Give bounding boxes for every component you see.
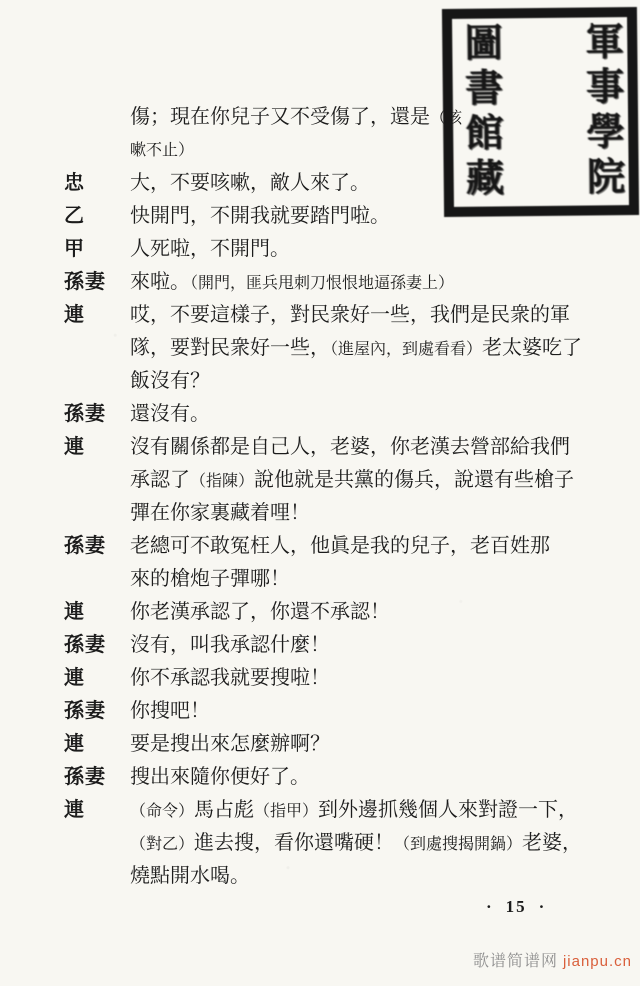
stage-direction: （對乙） (130, 836, 194, 853)
script-line: 連你老漢承認了，你還不承認！ (64, 596, 609, 629)
script-line: 連要是搜出來怎麼辦啊？ (64, 728, 609, 761)
dialogue-text: 還沒有。 (130, 398, 609, 431)
dialogue-text: （命令）馬占彪（指甲）到外邊抓幾個人來對證一下， (130, 794, 609, 828)
speaker-label: 連 (64, 794, 130, 827)
speaker-label: 忠 (64, 167, 130, 200)
speaker-label: 連 (64, 728, 130, 761)
watermark-site-name: 歌谱简谱网 (473, 953, 558, 970)
script-line: 彈在你家裏藏着哩！ (64, 497, 609, 530)
dialogue-text: 你老漢承認了，你還不承認！ (130, 596, 609, 629)
speaker-label: 甲 (64, 233, 130, 266)
script-line: 孫妻搜出來隨你便好了。 (64, 761, 609, 794)
speaker-label: 孫妻 (64, 266, 130, 299)
stage-direction: （命令） (130, 803, 194, 820)
dialogue-text: 彈在你家裏藏着哩！ (130, 497, 609, 530)
dialogue-text: 承認了（指陳）說他就是共黨的傷兵，說還有些槍子 (130, 464, 609, 498)
scanned-page: 圖書館藏 軍事學院 傷；現在你兒子又不受傷了，還是（咳嗽不止）忠大，不要咳嗽，敵… (0, 0, 640, 986)
speaker-label: 孫妻 (64, 629, 130, 662)
script-line: 承認了（指陳）說他就是共黨的傷兵，說還有些槍子 (64, 464, 609, 497)
speaker-label: 乙 (64, 200, 130, 233)
stage-direction: （到處搜揭開鍋） (394, 836, 522, 853)
speaker-label: 連 (64, 596, 130, 629)
speaker-label: 連 (64, 662, 130, 695)
dialogue-text: （對乙）進去搜，看你還嘴硬！（到處搜揭開鍋）老婆， (130, 827, 609, 861)
script-line: 連（命令）馬占彪（指甲）到外邊抓幾個人來對證一下， (64, 794, 609, 827)
script-line: 來的槍炮子彈哪！ (64, 563, 609, 596)
script-line: 孫妻沒有，叫我承認什麼！ (64, 629, 609, 662)
speaker-label: 孫妻 (64, 398, 130, 431)
dialogue-text: 要是搜出來怎麼辦啊？ (130, 728, 609, 761)
dialogue-text: 飯沒有？ (130, 365, 609, 398)
stage-direction: （指甲） (254, 803, 318, 820)
speaker-label: 連 (64, 431, 130, 464)
script-line: 孫妻來啦。（開門，匪兵甩刺刀恨恨地逼孫妻上） (64, 266, 609, 299)
dialogue-text: 你搜吧！ (130, 695, 609, 728)
dialogue-text: 哎，不要這樣子，對民衆好一些，我們是民衆的軍 (130, 299, 609, 332)
speaker-label: 孫妻 (64, 761, 130, 794)
dialogue-text: 你不承認我就要搜啦！ (130, 662, 609, 695)
script-line: 燒點開水喝。 (64, 860, 609, 893)
stage-direction: （指陳） (190, 473, 254, 490)
script-line: 連你不承認我就要搜啦！ (64, 662, 609, 695)
script-line: 飯沒有？ (64, 365, 609, 398)
stamp-right-column: 軍事學院 (581, 21, 621, 201)
stamp-left-column: 圖書館藏 (460, 22, 500, 202)
page-number-dot-left: · (486, 897, 494, 917)
watermark: 歌谱简谱网 jianpu.cn (473, 948, 632, 971)
script-line: 連哎，不要這樣子，對民衆好一些，我們是民衆的軍 (64, 299, 609, 332)
script-line: 孫妻你搜吧！ (64, 695, 609, 728)
speaker-label: 孫妻 (64, 695, 130, 728)
speaker-label: 連 (64, 299, 130, 332)
dialogue-text: 隊，要對民衆好一些，（進屋內，到處看看）老太婆吃了 (130, 332, 609, 366)
stage-direction: （開門，匪兵甩刺刀恨恨地逼孫妻上） (190, 275, 454, 292)
script-line: 隊，要對民衆好一些，（進屋內，到處看看）老太婆吃了 (64, 332, 609, 365)
dialogue-text: 搜出來隨你便好了。 (130, 761, 609, 794)
page-number: · 15 · (486, 897, 546, 917)
page-number-value: 15 (506, 897, 527, 917)
dialogue-text: 沒有關係都是自己人，老婆，你老漢去營部給我們 (130, 431, 609, 464)
script-line: 孫妻還沒有。 (64, 398, 609, 431)
dialogue-text: 來啦。（開門，匪兵甩刺刀恨恨地逼孫妻上） (130, 266, 609, 300)
script-line: （對乙）進去搜，看你還嘴硬！（到處搜揭開鍋）老婆， (64, 827, 609, 860)
watermark-site-url: jianpu.cn (563, 953, 632, 970)
script-line: 甲人死啦，不開門。 (64, 233, 609, 266)
page-number-dot-right: · (539, 897, 547, 917)
library-stamp: 圖書館藏 軍事學院 (442, 7, 639, 217)
dialogue-text: 老總可不敢冤枉人，他眞是我的兒子，老百姓那 (130, 530, 609, 563)
script-line: 孫妻老總可不敢冤枉人，他眞是我的兒子，老百姓那 (64, 530, 609, 563)
speaker-label: 孫妻 (64, 530, 130, 563)
stage-direction: （進屋內，到處看看） (330, 341, 482, 358)
dialogue-text: 來的槍炮子彈哪！ (130, 563, 609, 596)
dialogue-text: 燒點開水喝。 (130, 860, 609, 893)
script-body: 傷；現在你兒子又不受傷了，還是（咳嗽不止）忠大，不要咳嗽，敵人來了。乙快開門，不… (64, 101, 609, 893)
dialogue-text: 沒有，叫我承認什麼！ (130, 629, 609, 662)
dialogue-text: 人死啦，不開門。 (130, 233, 609, 266)
script-line: 連沒有關係都是自己人，老婆，你老漢去營部給我們 (64, 431, 609, 464)
